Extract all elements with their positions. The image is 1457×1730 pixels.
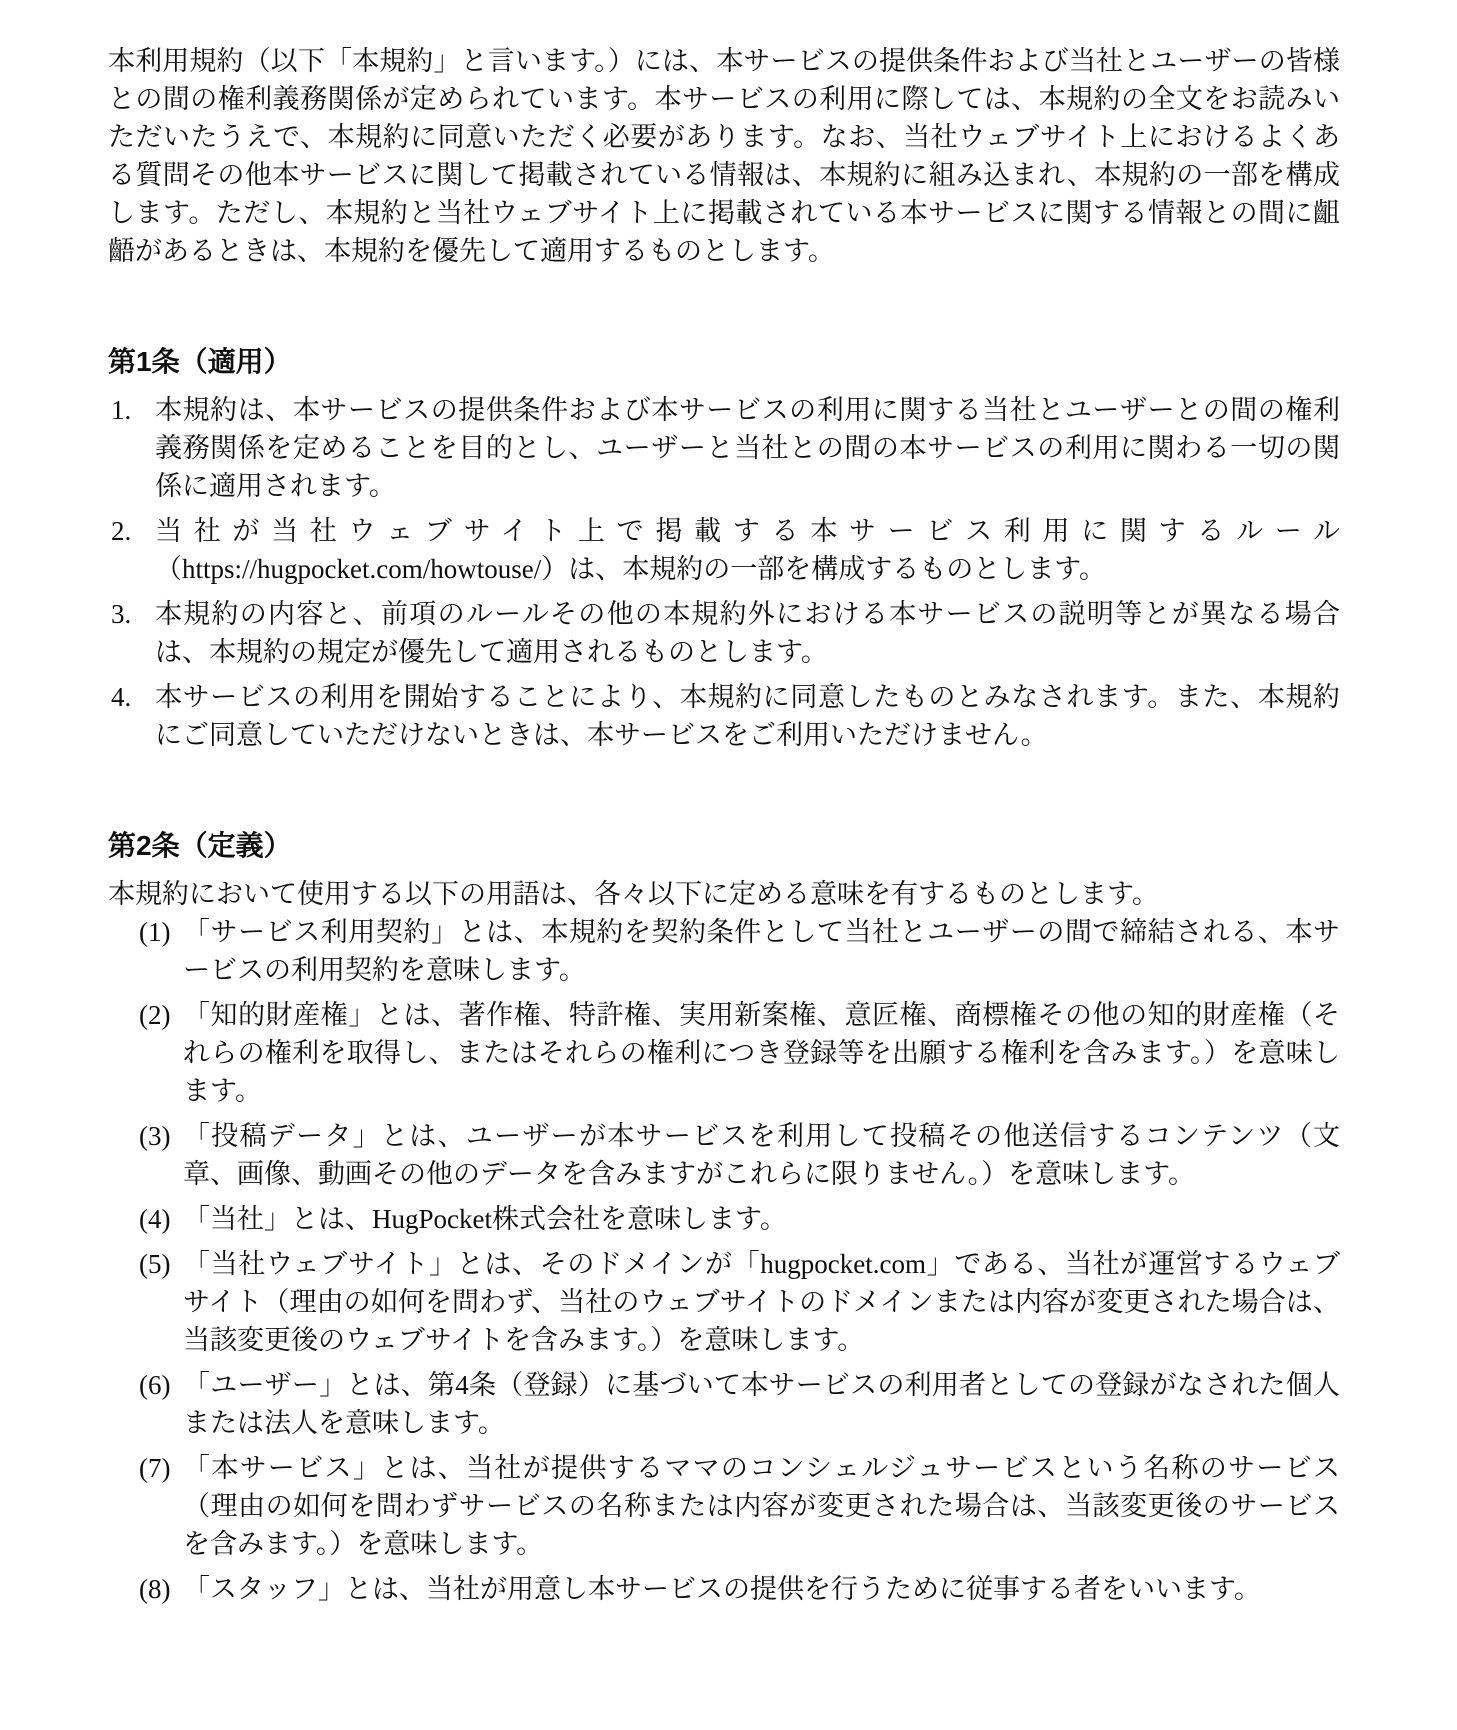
list-item-text: 本規約は、本サービスの提供条件および本サービスの利用に関する当社とユーザーとの間… bbox=[155, 395, 1340, 501]
section-heading-article-1: 第1条（適用） bbox=[108, 343, 1340, 381]
list-item-marker: (7) bbox=[139, 1449, 170, 1487]
list-item-marker: (1) bbox=[139, 913, 170, 951]
section-heading-article-2: 第2条（定義） bbox=[108, 827, 1340, 865]
list-item: (4) 「当社」とは、HugPocket株式会社を意味します。 bbox=[108, 1200, 1340, 1238]
list-item-text: 「スタッフ」とは、当社が用意し本サービスの提供を行うために従事する者をいいます。 bbox=[183, 1574, 1261, 1604]
document-content: 本利用規約（以下「本規約」と言います。）には、本サービスの提供条件および当社とユ… bbox=[108, 42, 1340, 1608]
list-item-marker: (2) bbox=[139, 996, 170, 1034]
list-item: (3) 「投稿データ」とは、ユーザーが本サービスを利用して投稿その他送信するコン… bbox=[108, 1117, 1340, 1193]
list-item-marker: (8) bbox=[139, 1570, 170, 1608]
list-item-marker: 1. bbox=[111, 391, 131, 429]
list-item: (5) 「当社ウェブサイト」とは、そのドメインが「hugpocket.com」で… bbox=[108, 1245, 1340, 1359]
list-item-marker: (6) bbox=[139, 1366, 170, 1404]
list-item-text: 「投稿データ」とは、ユーザーが本サービスを利用して投稿その他送信するコンテンツ（… bbox=[183, 1121, 1340, 1189]
list-item-text: 「本サービス」とは、当社が提供するママのコンシェルジュサービスという名称のサービ… bbox=[183, 1453, 1340, 1559]
list-item-text: 本サービスの利用を開始することにより、本規約に同意したものとみなされます。また、… bbox=[155, 682, 1340, 750]
list-item-marker: 3. bbox=[111, 595, 131, 633]
list-item: (7) 「本サービス」とは、当社が提供するママのコンシェルジュサービスという名称… bbox=[108, 1449, 1340, 1563]
definitions-lead-paragraph: 本規約において使用する以下の用語は、各々以下に定める意味を有するものとします。 bbox=[108, 875, 1340, 913]
intro-paragraph: 本利用規約（以下「本規約」と言います。）には、本サービスの提供条件および当社とユ… bbox=[108, 42, 1340, 270]
list-item-marker: (3) bbox=[139, 1117, 170, 1155]
list-item: 4. 本サービスの利用を開始することにより、本規約に同意したものとみなされます。… bbox=[108, 678, 1340, 754]
list-item-text: 本規約の内容と、前項のルールその他の本規約外における本サービスの説明等とが異なる… bbox=[155, 599, 1340, 667]
list-item: (1) 「サービス利用契約」とは、本規約を契約条件として当社とユーザーの間で締結… bbox=[108, 913, 1340, 989]
list-item-text: 「サービス利用契約」とは、本規約を契約条件として当社とユーザーの間で締結される、… bbox=[183, 917, 1340, 985]
list-item-marker: 2. bbox=[111, 512, 131, 550]
list-item-text: 当社が当社ウェブサイト上で掲載する本サービス利用に関するルール（https://… bbox=[155, 516, 1340, 584]
list-item-text: 「当社ウェブサイト」とは、そのドメインが「hugpocket.com」である、当… bbox=[183, 1249, 1340, 1355]
list-item-text: 「ユーザー」とは、第4条（登録）に基づいて本サービスの利用者としての登録がなされ… bbox=[183, 1370, 1340, 1438]
list-item-marker: (5) bbox=[139, 1245, 170, 1283]
list-item: (8) 「スタッフ」とは、当社が用意し本サービスの提供を行うために従事する者をい… bbox=[108, 1570, 1340, 1608]
list-item-text: 「知的財産権」とは、著作権、特許権、実用新案権、意匠権、商標権その他の知的財産権… bbox=[183, 1000, 1340, 1106]
list-item: 1. 本規約は、本サービスの提供条件および本サービスの利用に関する当社とユーザー… bbox=[108, 391, 1340, 505]
list-item: 3. 本規約の内容と、前項のルールその他の本規約外における本サービスの説明等とが… bbox=[108, 595, 1340, 671]
list-item: (6) 「ユーザー」とは、第4条（登録）に基づいて本サービスの利用者としての登録… bbox=[108, 1366, 1340, 1442]
list-item-marker: 4. bbox=[111, 678, 131, 716]
article-1-list: 1. 本規約は、本サービスの提供条件および本サービスの利用に関する当社とユーザー… bbox=[108, 391, 1340, 754]
list-item-text: 「当社」とは、HugPocket株式会社を意味します。 bbox=[183, 1204, 787, 1234]
list-item: 2. 当社が当社ウェブサイト上で掲載する本サービス利用に関するルール（https… bbox=[108, 512, 1340, 588]
article-2-definitions-list: (1) 「サービス利用契約」とは、本規約を契約条件として当社とユーザーの間で締結… bbox=[108, 913, 1340, 1608]
list-item-marker: (4) bbox=[139, 1200, 170, 1238]
list-item: (2) 「知的財産権」とは、著作権、特許権、実用新案権、意匠権、商標権その他の知… bbox=[108, 996, 1340, 1110]
document-page: 本利用規約（以下「本規約」と言います。）には、本サービスの提供条件および当社とユ… bbox=[0, 0, 1457, 1730]
